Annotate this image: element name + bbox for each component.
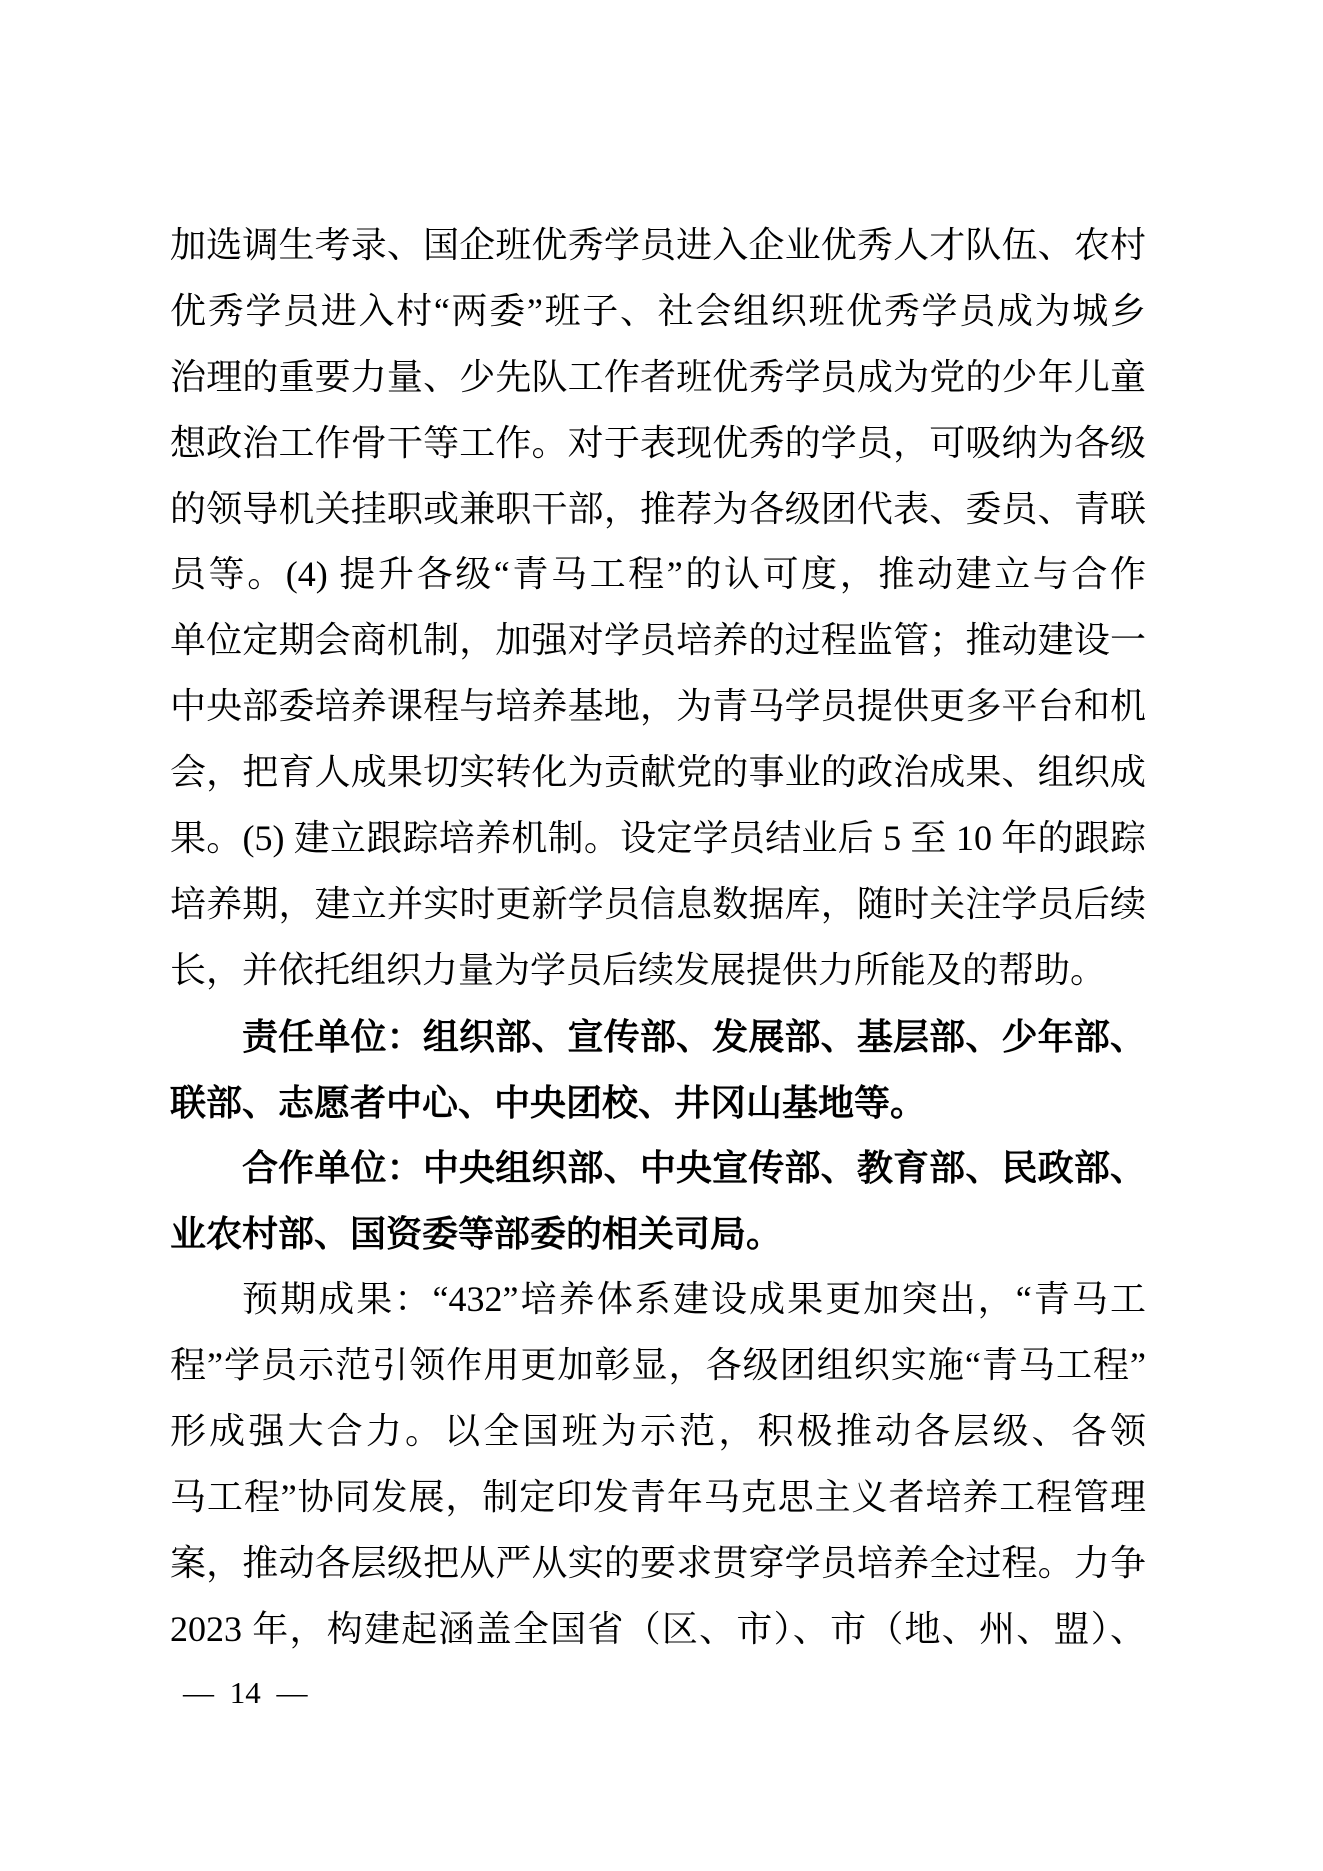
document-page: 加选调生考录、国企班优秀学员进入企业优秀人才队伍、农村班优秀学员进入村“两委”班…	[0, 0, 1323, 1871]
text-line: 责任单位：组织部、宣传部、发展部、基层部、少年部、社	[170, 1004, 1146, 1070]
text-line: 案，推动各层级把从严从实的要求贯穿学员培养全过程。力争到	[170, 1531, 1146, 1597]
text-line: 单位定期会商机制，加强对学员培养的过程监管；推动建设一批	[170, 608, 1146, 674]
text-line: 程”学员示范引领作用更加彰显，各级团组织实施“青马工程”	[170, 1333, 1146, 1399]
text-line: 培养期，建立并实时更新学员信息数据库，随时关注学员后续成	[170, 872, 1146, 938]
paragraph: 责任单位：组织部、宣传部、发展部、基层部、少年部、社联部、志愿者中心、中央团校、…	[170, 1004, 1146, 1136]
text-line: 预期成果：“432”培养体系建设成果更加突出，“青马工	[170, 1267, 1146, 1333]
text-line: 马工程”协同发展，制定印发青年马克思主义者培养工程管理方	[170, 1465, 1146, 1531]
text-line: 加选调生考录、国企班优秀学员进入企业优秀人才队伍、农村班	[170, 213, 1146, 279]
text-line: 联部、志愿者中心、中央团校、井冈山基地等。	[170, 1070, 1146, 1136]
text-line: 业农村部、国资委等部委的相关司局。	[170, 1201, 1146, 1267]
text-line: 员等。(4) 提升各级“青马工程”的认可度，推动建立与合作	[170, 542, 1146, 608]
text-line: 合作单位：中央组织部、中央宣传部、教育部、民政部、农	[170, 1135, 1146, 1201]
text-block: 加选调生考录、国企班优秀学员进入企业优秀人才队伍、农村班优秀学员进入村“两委”班…	[170, 213, 1146, 1663]
text-line: 中央部委培养课程与培养基地，为青马学员提供更多平台和机	[170, 674, 1146, 740]
text-line: 2023 年，构建起涵盖全国省（区、市）、市（地、州、盟）、县	[170, 1597, 1146, 1663]
text-line: 想政治工作骨干等工作。对于表现优秀的学员，可吸纳为各级团	[170, 411, 1146, 477]
text-line: 果。(5) 建立跟踪培养机制。设定学员结业后 5 至 10 年的跟踪	[170, 806, 1146, 872]
text-line: 长，并依托组织力量为学员后续发展提供力所能及的帮助。	[170, 938, 1146, 1004]
text-line: 治理的重要力量、少先队工作者班优秀学员成为党的少年儿童思	[170, 345, 1146, 411]
text-line: 优秀学员进入村“两委”班子、社会组织班优秀学员成为城乡	[170, 279, 1146, 345]
text-line: 形成强大合力。以全国班为示范，积极推动各层级、各领域“青	[170, 1399, 1146, 1465]
page-number: — 14 —	[183, 1672, 308, 1714]
paragraph: 预期成果：“432”培养体系建设成果更加突出，“青马工程”学员示范引领作用更加彰…	[170, 1267, 1146, 1662]
paragraph: 合作单位：中央组织部、中央宣传部、教育部、民政部、农业农村部、国资委等部委的相关…	[170, 1135, 1146, 1267]
paragraph: 加选调生考录、国企班优秀学员进入企业优秀人才队伍、农村班优秀学员进入村“两委”班…	[170, 213, 1146, 1004]
text-line: 会，把育人成果切实转化为贡献党的事业的政治成果、组织成	[170, 740, 1146, 806]
text-line: 的领导机关挂职或兼职干部，推荐为各级团代表、委员、青联委	[170, 477, 1146, 543]
